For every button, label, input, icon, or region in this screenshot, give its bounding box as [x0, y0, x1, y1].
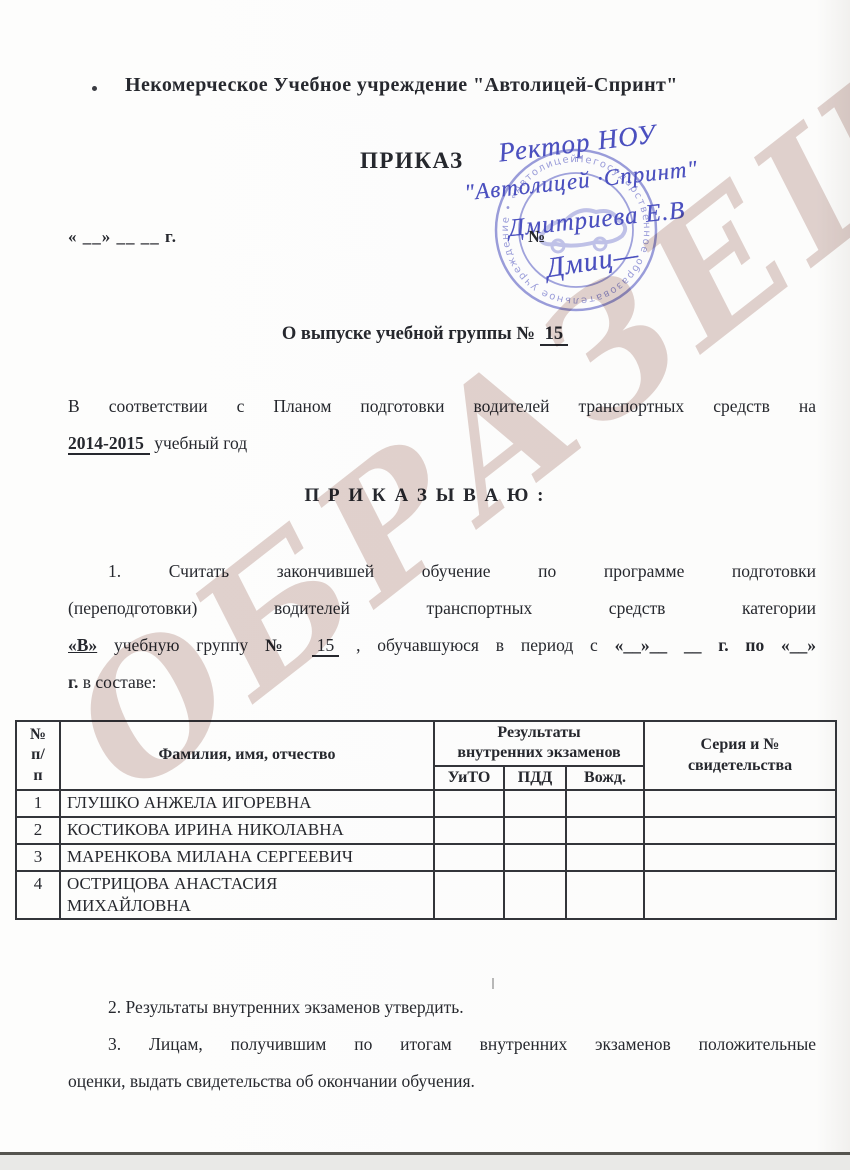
- col-header-number: № п/ п: [16, 721, 60, 790]
- item1-line3: «В» учебную группу № 15 , обучавшуюся в …: [68, 627, 816, 664]
- student-name: ГЛУШКО АНЖЕЛА ИГОРЕВНА: [60, 790, 434, 817]
- driving-cell: [566, 790, 644, 817]
- scan-artifact-tick: [492, 978, 494, 989]
- order-item-1: 1. Считать закончившей обучение по прогр…: [68, 553, 816, 701]
- scanner-background: [0, 1155, 850, 1170]
- order-item-2: 2. Результаты внутренних экзаменов утвер…: [68, 989, 816, 1026]
- table-row: 1 ГЛУШКО АНЖЕЛА ИГОРЕВНА: [16, 790, 836, 817]
- student-name: КОСТИКОВА ИРИНА НИКОЛАВНА: [60, 817, 434, 844]
- item1-line4-rest: в составе:: [83, 672, 157, 692]
- pdd-cell: [504, 817, 566, 844]
- order-item-3-line1: 3. Лицам, получившим по итогам внутренни…: [68, 1026, 816, 1063]
- driving-cell: [566, 817, 644, 844]
- table-row: 3 МАРЕНКОВА МИЛАНА СЕРГЕЕВИЧ: [16, 844, 836, 871]
- driving-cell: [566, 871, 644, 919]
- item1-line4: г. в составе:: [68, 664, 816, 701]
- group-number: 15: [540, 324, 569, 346]
- pdd-cell: [504, 871, 566, 919]
- order-subject: О выпуске учебной группы № 15: [0, 324, 850, 345]
- col-header-results: Результаты внутренних экзаменов: [434, 721, 644, 766]
- uito-cell: [434, 817, 504, 844]
- row-number: 4: [16, 871, 60, 919]
- date-blank-line: « __» __ __ г.: [68, 227, 177, 247]
- col-header-name: Фамилия, имя, отчество: [60, 721, 434, 790]
- item1-group-number: 15: [312, 635, 340, 657]
- document-title: ПРИКАЗ: [360, 148, 464, 174]
- bullet-dot: [92, 86, 97, 91]
- category-b: «В»: [68, 635, 97, 655]
- certificate-cell: [644, 790, 836, 817]
- pdd-cell: [504, 790, 566, 817]
- school-years: 2014-2015: [68, 433, 150, 455]
- student-name: ОСТРИЦОВА АНАСТАСИЯ МИХАЙЛОВНА: [60, 871, 434, 919]
- subcol-pdd: ПДД: [504, 766, 566, 790]
- row-number: 3: [16, 844, 60, 871]
- item1-line3-text2: , обучавшуюся в период с: [356, 635, 598, 655]
- item1-line2: (переподготовки) водителей транспортных …: [68, 590, 816, 627]
- table-row: 2 КОСТИКОВА ИРИНА НИКОЛАВНА: [16, 817, 836, 844]
- uito-cell: [434, 871, 504, 919]
- uito-cell: [434, 844, 504, 871]
- item1-year-abbr: г.: [68, 672, 78, 692]
- subcol-driving: Вожд.: [566, 766, 644, 790]
- table-row: 4 ОСТРИЦОВА АНАСТАСИЯ МИХАЙЛОВНА: [16, 871, 836, 919]
- intro-line2: 2014-2015 учебный год: [68, 425, 816, 462]
- col-header-certificate: Серия и № свидетельства: [644, 721, 836, 790]
- student-name: МАРЕНКОВА МИЛАНА СЕРГЕЕВИЧ: [60, 844, 434, 871]
- certificate-cell: [644, 817, 836, 844]
- intro-rest: учебный год: [154, 433, 247, 453]
- uito-cell: [434, 790, 504, 817]
- order-number-sign: №: [528, 227, 545, 247]
- closing-paragraphs: 2. Результаты внутренних экзаменов утвер…: [68, 989, 816, 1100]
- item1-number-sign: №: [265, 635, 295, 655]
- item1-line3-text1: учебную группу: [114, 635, 248, 655]
- order-item-3-line2: оценки, выдать свидетельства об окончани…: [68, 1063, 816, 1100]
- certificate-cell: [644, 844, 836, 871]
- scanned-order-document: ОБРАЗЕЦ Некомерческое Учебное учреждение…: [0, 0, 850, 1170]
- subject-text: О выпуске учебной группы №: [282, 324, 535, 344]
- organization-name: Некомерческое Учебное учреждение "Автоли…: [125, 74, 785, 97]
- subcol-uito: УиТО: [434, 766, 504, 790]
- row-number: 2: [16, 817, 60, 844]
- item1-date-blanks: «__»__ __ г. по «__»: [615, 635, 816, 655]
- students-table: № п/ п Фамилия, имя, отчество Результаты…: [15, 720, 837, 920]
- intro-paragraph: В соответствии с Планом подготовки водит…: [68, 388, 816, 462]
- pdd-cell: [504, 844, 566, 871]
- item1-line1: 1. Считать закончившей обучение по прогр…: [68, 553, 816, 590]
- row-number: 1: [16, 790, 60, 817]
- driving-cell: [566, 844, 644, 871]
- intro-line1: В соответствии с Планом подготовки водит…: [68, 388, 816, 425]
- certificate-cell: [644, 871, 836, 919]
- resolution-word: П Р И К А З Ы В А Ю :: [0, 485, 850, 507]
